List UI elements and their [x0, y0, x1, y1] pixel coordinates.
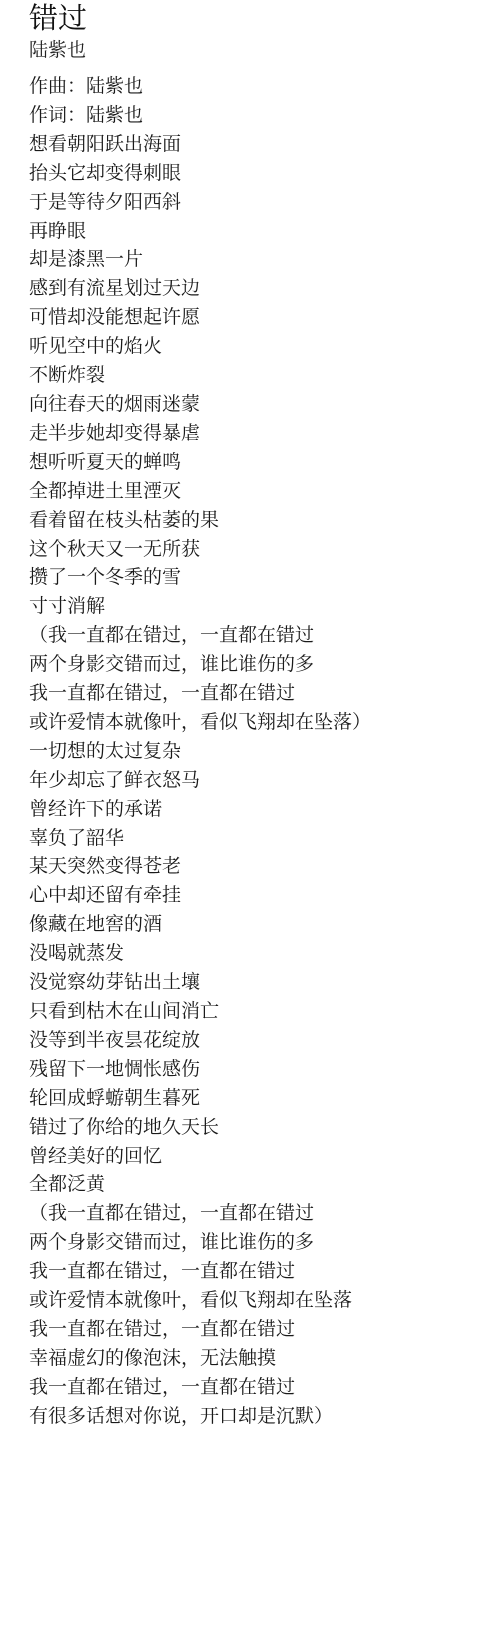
lyrics-list: 作曲：陆紫也 作词：陆紫也 想看朝阳跃出海面 抬头它却变得刺眼 于是等待夕阳西斜… [29, 72, 489, 1431]
lyric-line: （我一直都在错过，一直都在错过 [29, 1199, 489, 1228]
lyric-line: 辜负了韶华 [29, 824, 489, 853]
lyric-line: 心中却还留有牵挂 [29, 881, 489, 910]
lyric-line: 却是漆黑一片 [29, 245, 489, 274]
lyric-line: 听见空中的焰火 [29, 332, 489, 361]
lyric-line: 这个秋天又一无所获 [29, 535, 489, 564]
lyric-line: 曾经美好的回忆 [29, 1142, 489, 1171]
lyric-line: 某天突然变得苍老 [29, 852, 489, 881]
lyric-line: 攒了一个冬季的雪 [29, 563, 489, 592]
lyric-line: （我一直都在错过，一直都在错过 [29, 621, 489, 650]
lyric-line: 全都掉进土里湮灭 [29, 477, 489, 506]
lyric-line: 可惜却没能想起许愿 [29, 303, 489, 332]
lyric-line: 轮回成蜉蝣朝生暮死 [29, 1084, 489, 1113]
lyric-line: 我一直都在错过，一直都在错过 [29, 1315, 489, 1344]
lyric-line: 没觉察幼芽钻出土壤 [29, 968, 489, 997]
credit-composer: 作曲：陆紫也 [29, 72, 489, 101]
lyric-line: 再睁眼 [29, 217, 489, 246]
credit-lyricist: 作词：陆紫也 [29, 101, 489, 130]
lyric-line: 曾经许下的承诺 [29, 795, 489, 824]
lyric-line: 有很多话想对你说，开口却是沉默） [29, 1402, 489, 1431]
song-artist: 陆紫也 [29, 36, 489, 64]
lyric-line: 残留下一地惆怅感伤 [29, 1055, 489, 1084]
lyric-line: 像藏在地窖的酒 [29, 910, 489, 939]
lyric-line: 我一直都在错过，一直都在错过 [29, 1373, 489, 1402]
lyric-line: 年少却忘了鲜衣怒马 [29, 766, 489, 795]
lyric-line: 寸寸消解 [29, 592, 489, 621]
lyric-line: 向往春天的烟雨迷蒙 [29, 390, 489, 419]
lyric-line: 全都泛黄 [29, 1170, 489, 1199]
lyric-line: 抬头它却变得刺眼 [29, 159, 489, 188]
lyric-line: 两个身影交错而过，谁比谁伤的多 [29, 650, 489, 679]
lyric-line: 没喝就蒸发 [29, 939, 489, 968]
lyric-line: 于是等待夕阳西斜 [29, 188, 489, 217]
lyric-line: 或许爱情本就像叶，看似飞翔却在坠落 [29, 1286, 489, 1315]
lyrics-page: 错过 陆紫也 作曲：陆紫也 作词：陆紫也 想看朝阳跃出海面 抬头它却变得刺眼 于… [29, 0, 489, 1431]
lyric-line: 看着留在枝头枯萎的果 [29, 506, 489, 535]
lyric-line: 我一直都在错过，一直都在错过 [29, 679, 489, 708]
lyric-line: 没等到半夜昙花绽放 [29, 1026, 489, 1055]
lyric-line: 错过了你给的地久天长 [29, 1113, 489, 1142]
song-title: 错过 [29, 0, 489, 36]
lyric-line: 两个身影交错而过，谁比谁伤的多 [29, 1228, 489, 1257]
lyric-line: 想看朝阳跃出海面 [29, 130, 489, 159]
lyric-line: 一切想的太过复杂 [29, 737, 489, 766]
lyric-line: 走半步她却变得暴虐 [29, 419, 489, 448]
lyric-line: 或许爱情本就像叶，看似飞翔却在坠落） [29, 708, 489, 737]
lyric-line: 只看到枯木在山间消亡 [29, 997, 489, 1026]
lyric-line: 感到有流星划过天边 [29, 274, 489, 303]
lyric-line: 幸福虚幻的像泡沫，无法触摸 [29, 1344, 489, 1373]
lyric-line: 想听听夏天的蝉鸣 [29, 448, 489, 477]
lyric-line: 不断炸裂 [29, 361, 489, 390]
lyric-line: 我一直都在错过，一直都在错过 [29, 1257, 489, 1286]
